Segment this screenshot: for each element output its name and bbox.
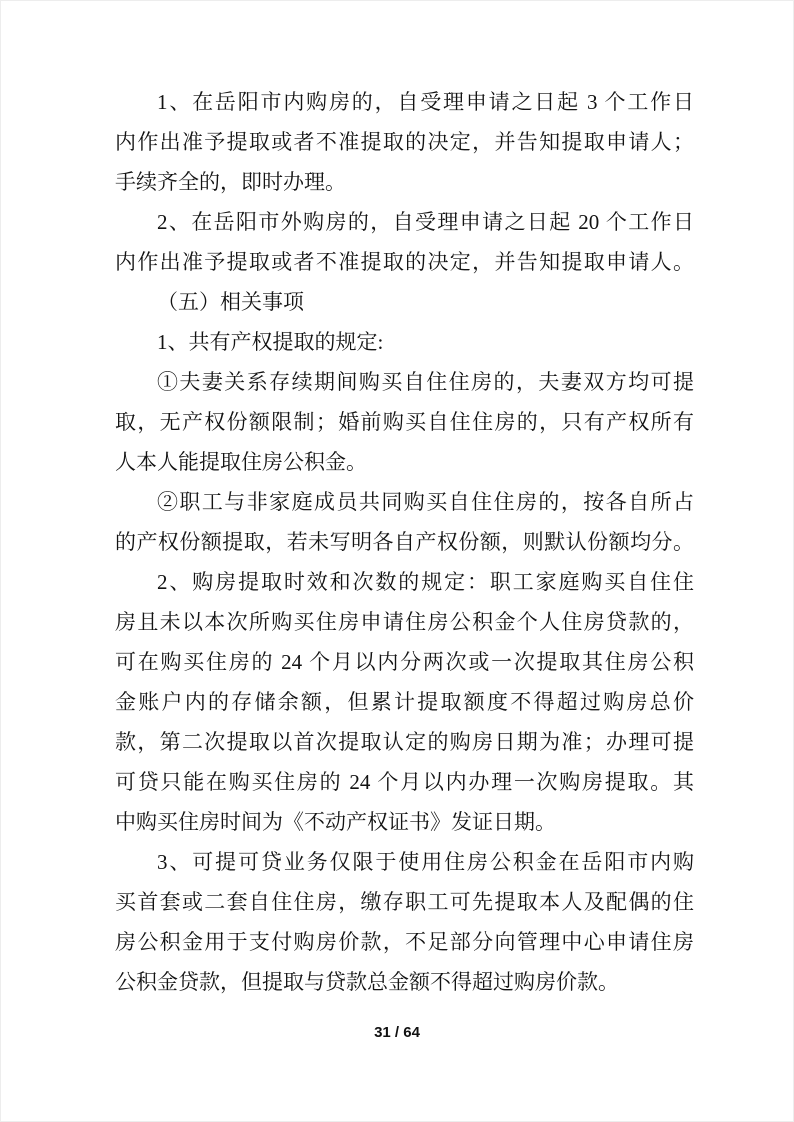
paragraph: 2、购房提取时效和次数的规定：职工家庭购买自住住 房且未以本次所购买住房申请住房… (115, 562, 694, 842)
page-number: 31 / 64 (1, 1023, 793, 1043)
text-line: 公积金贷款，但提取与贷款总金额不得超过购房价款。 (115, 962, 694, 1002)
document-body: 1、在岳阳市内购房的，自受理申请之日起 3 个工作日 内作出准予提取或者不准提取… (115, 82, 694, 1002)
text-line: 内作出准予提取或者不准提取的决定，并告知提取申请人。 (115, 242, 694, 282)
text-line: 金账户内的存储余额，但累计提取额度不得超过购房总价 (115, 682, 694, 722)
paragraph: 3、可提可贷业务仅限于使用住房公积金在岳阳市内购 买首套或二套自住住房，缴存职工… (115, 842, 694, 1002)
text-line: （五）相关事项 (115, 282, 694, 322)
paragraph: 2、在岳阳市外购房的，自受理申请之日起 20 个工作日 内作出准予提取或者不准提… (115, 202, 694, 282)
text-line: 内作出准予提取或者不准提取的决定，并告知提取申请人； (115, 122, 694, 162)
text-line: 2、在岳阳市外购房的，自受理申请之日起 20 个工作日 (115, 202, 694, 242)
text-line: 3、可提可贷业务仅限于使用住房公积金在岳阳市内购 (115, 842, 694, 882)
text-line: 人本人能提取住房公积金。 (115, 442, 694, 482)
text-line: 买首套或二套自住住房，缴存职工可先提取本人及配偶的住 (115, 882, 694, 922)
text-line: 房公积金用于支付购房价款，不足部分向管理中心申请住房 (115, 922, 694, 962)
text-line: 款，第二次提取以首次提取认定的购房日期为准；办理可提 (115, 722, 694, 762)
text-line: 1、共有产权提取的规定: (115, 322, 694, 362)
document-page: 1、在岳阳市内购房的，自受理申请之日起 3 个工作日 内作出准予提取或者不准提取… (0, 0, 794, 1122)
paragraph: 1、在岳阳市内购房的，自受理申请之日起 3 个工作日 内作出准予提取或者不准提取… (115, 82, 694, 202)
text-line: 中购买住房时间为《不动产权证书》发证日期。 (115, 802, 694, 842)
paragraph: ②职工与非家庭成员共同购买自住住房的，按各自所占 的产权份额提取，若未写明各自产… (115, 482, 694, 562)
text-line: 房且未以本次所购买住房申请住房公积金个人住房贷款的， (115, 602, 694, 642)
text-line: ①夫妻关系存续期间购买自住住房的，夫妻双方均可提 (115, 362, 694, 402)
text-line: 手续齐全的，即时办理。 (115, 162, 694, 202)
paragraph: 1、共有产权提取的规定: (115, 322, 694, 362)
text-line: 可贷只能在购买住房的 24 个月以内办理一次购房提取。其 (115, 762, 694, 802)
text-line: ②职工与非家庭成员共同购买自住住房的，按各自所占 (115, 482, 694, 522)
paragraph: ①夫妻关系存续期间购买自住住房的，夫妻双方均可提 取，无产权份额限制；婚前购买自… (115, 362, 694, 482)
text-line: 取，无产权份额限制；婚前购买自住住房的，只有产权所有 (115, 402, 694, 442)
text-line: 1、在岳阳市内购房的，自受理申请之日起 3 个工作日 (115, 82, 694, 122)
text-line: 可在购买住房的 24 个月以内分两次或一次提取其住房公积 (115, 642, 694, 682)
text-line: 的产权份额提取，若未写明各自产权份额，则默认份额均分。 (115, 522, 694, 562)
text-line: 2、购房提取时效和次数的规定：职工家庭购买自住住 (115, 562, 694, 602)
paragraph: （五）相关事项 (115, 282, 694, 322)
